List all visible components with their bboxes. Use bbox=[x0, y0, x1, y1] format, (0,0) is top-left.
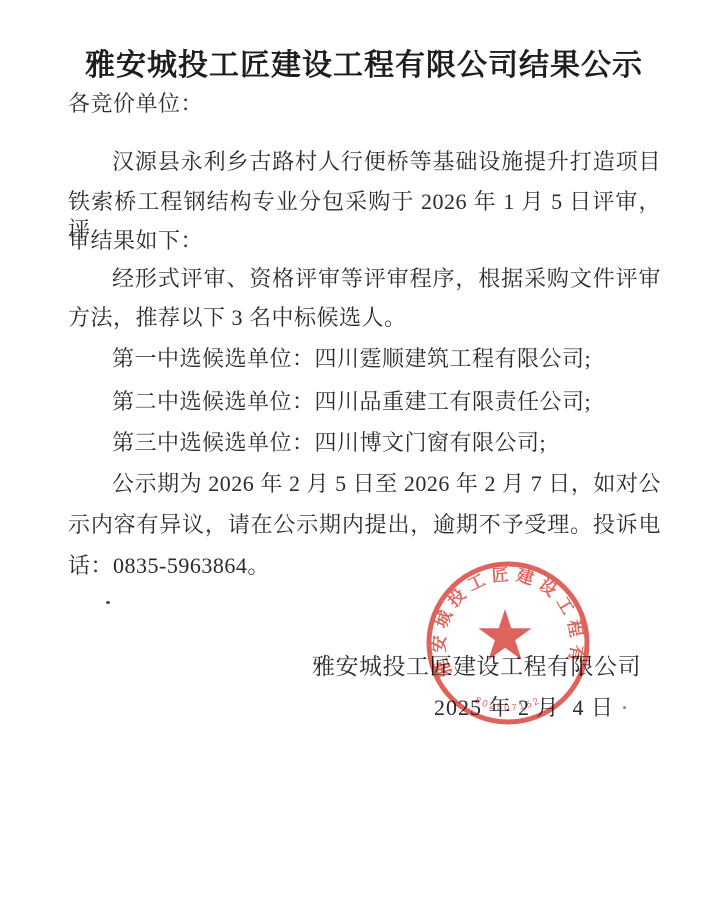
body-line-4: 经形式评审、资格评审等评审程序，根据采购文件评审 bbox=[68, 265, 661, 293]
candidate-line-third: 第三中选候选单位：四川博文门窗有限公司; bbox=[68, 429, 661, 457]
scan-speck bbox=[106, 601, 110, 604]
scan-speck-small bbox=[623, 706, 626, 709]
svg-text:802507152: 802507152 bbox=[473, 695, 543, 714]
body-line-1: 汉源县永利乡古路村人行便桥等基础设施提升打造项目 bbox=[68, 148, 661, 176]
body-line-5: 方法，推荐以下 3 名中标候选人。 bbox=[68, 304, 661, 332]
scanned-announcement-page: 雅安城投工匠建设工程有限公司结果公示 各竞价单位： 汉源县永利乡古路村人行便桥等… bbox=[0, 0, 728, 924]
body-line-10: 示内容有异议，请在公示期内提出，逾期不予受理。投诉电 bbox=[68, 511, 661, 539]
body-line-3: 审结果如下： bbox=[68, 227, 661, 255]
salutation-line: 各竞价单位： bbox=[68, 90, 661, 118]
seal-serial-number: 802507152 bbox=[473, 695, 543, 714]
page-title: 雅安城投工匠建设工程有限公司结果公示 bbox=[0, 40, 728, 84]
body-line-9: 公示期为 2026 年 2 月 5 日至 2026 年 2 月 7 日，如对公 bbox=[68, 470, 661, 498]
seal-star-icon bbox=[478, 609, 531, 660]
candidate-line-second: 第二中选候选单位：四川品重建工有限责任公司; bbox=[68, 388, 661, 416]
candidate-line-first: 第一中选候选单位：四川霆顺建筑工程有限公司; bbox=[68, 345, 661, 373]
company-seal-stamp: 雅安城投工匠建设工程有限公司 802507152 bbox=[423, 558, 593, 728]
